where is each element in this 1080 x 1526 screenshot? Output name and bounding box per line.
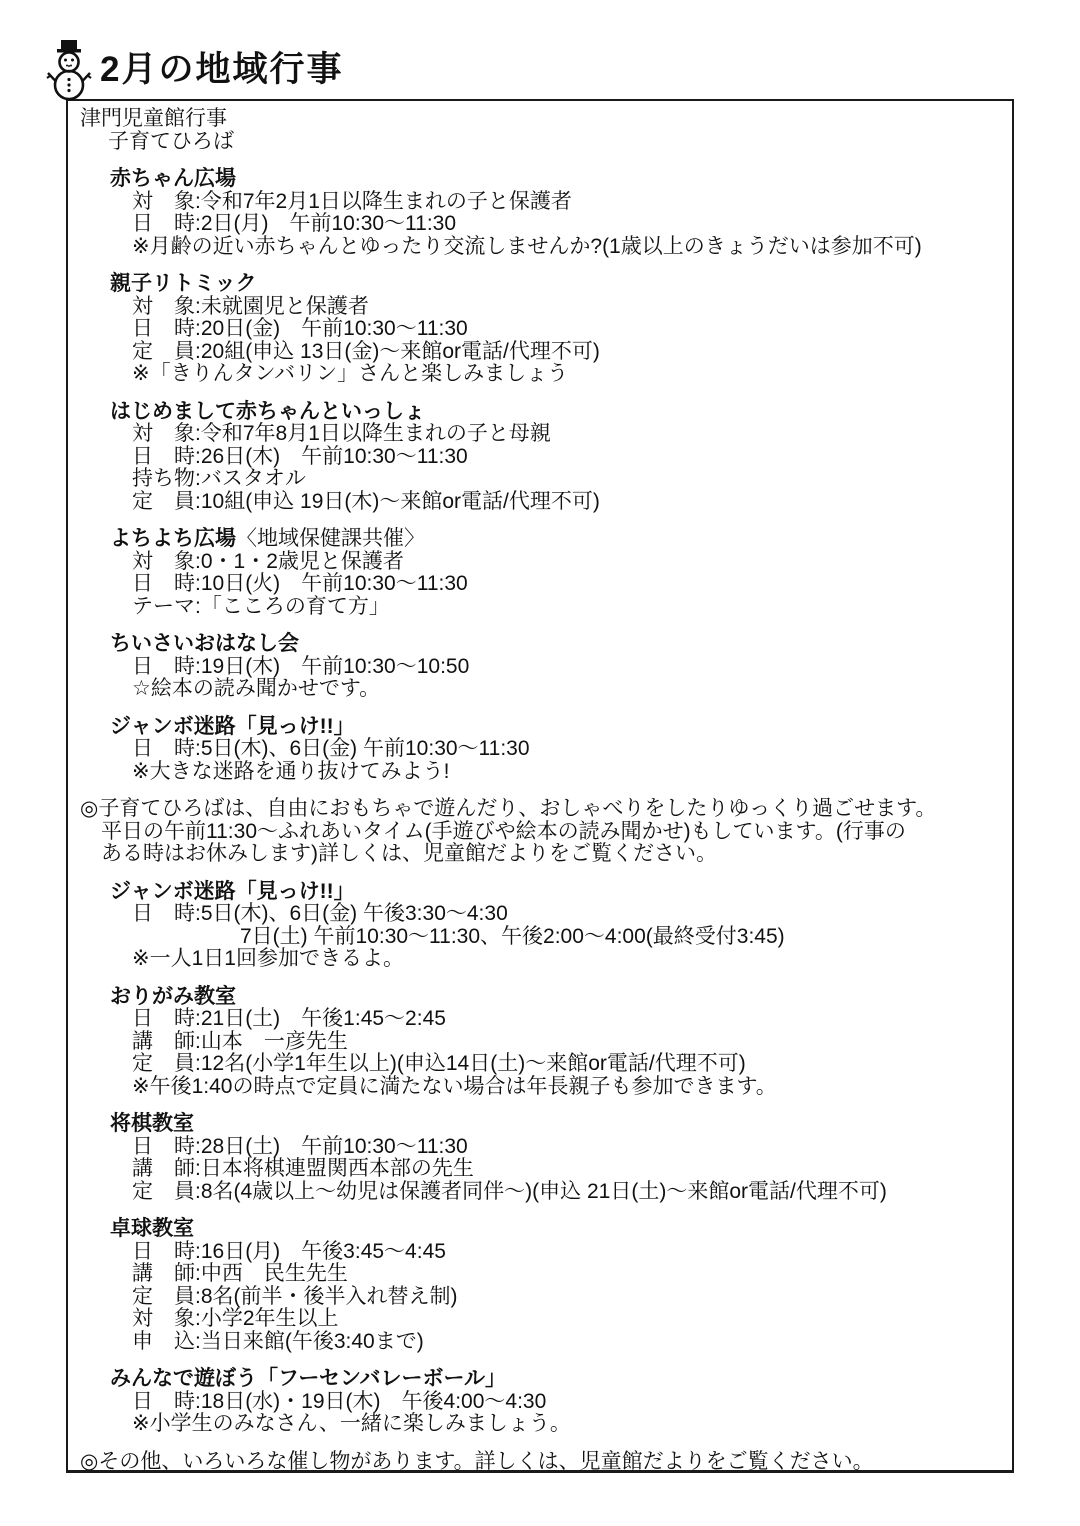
- event-detail-line: 持ち物:バスタオル: [110, 468, 1000, 491]
- event-detail-line: ※月齢の近い赤ちゃんとゆったり交流しませんか?(1歳以上のきょうだいは参加不可): [110, 236, 1000, 259]
- event-section: 卓球教室日 時:16日(月) 午後3:45〜4:45講 師:中西 民生先生定 員…: [80, 1218, 1000, 1353]
- event-detail-line: ※一人1日1回参加できるよ。: [110, 948, 1000, 971]
- event-detail-line: 定 員:12名(小学1年生以上)(申込14日(土)〜来館or電話/代理不可): [110, 1053, 1000, 1076]
- note-paragraph: ◎子育てひろばは、自由におもちゃで遊んだり、おしゃべりをしたりゆっくり過ごせます…: [80, 798, 1000, 866]
- event-section: ジャンボ迷路「見っけ!!」日 時:5日(木)、6日(金) 午前10:30〜11:…: [80, 716, 1000, 784]
- event-detail-line: 対 象:令和7年2月1日以降生まれの子と保護者: [110, 191, 1000, 214]
- event-title: おりがみ教室: [110, 986, 1000, 1009]
- event-detail-line: 対 象:0・1・2歳児と保護者: [110, 551, 1000, 574]
- event-detail-line: 日 時:26日(木) 午前10:30〜11:30: [110, 446, 1000, 469]
- event-section: おりがみ教室日 時:21日(土) 午後1:45〜2:45講 師:山本 一彦先生定…: [80, 986, 1000, 1099]
- event-section: 親子リトミック対 象:未就園児と保護者日 時:20日(金) 午前10:30〜11…: [80, 273, 1000, 386]
- events-board: 津門児童館行事 子育てひろば 赤ちゃん広場対 象:令和7年2月1日以降生まれの子…: [66, 99, 1014, 1473]
- event-section: 赤ちゃん広場対 象:令和7年2月1日以降生まれの子と保護者日 時:2日(月) 午…: [80, 168, 1000, 258]
- event-title-note: 〈地域保健課共催〉: [236, 527, 425, 550]
- event-detail-line: 講 師:中西 民生先生: [110, 1263, 1000, 1286]
- event-section: よちよち広場〈地域保健課共催〉対 象:0・1・2歳児と保護者日 時:10日(火)…: [80, 528, 1000, 618]
- snowman-icon: [46, 38, 92, 102]
- event-detail-line: 日 時:21日(土) 午後1:45〜2:45: [110, 1008, 1000, 1031]
- event-detail-line: 定 員:20組(申込 13日(金)〜来館or電話/代理不可): [110, 341, 1000, 364]
- event-title: 卓球教室: [110, 1218, 1000, 1241]
- event-title: 赤ちゃん広場: [110, 168, 1000, 191]
- event-title: はじめまして赤ちゃんといっしょ: [110, 401, 1000, 424]
- note-paragraph: ◎その他、いろいろな催し物があります。詳しくは、児童館だよりをご覧ください。: [80, 1451, 1000, 1474]
- event-detail-line: 日 時:5日(木)、6日(金) 午前10:30〜11:30: [110, 738, 1000, 761]
- event-detail-line: 日 時:28日(土) 午前10:30〜11:30: [110, 1136, 1000, 1159]
- event-detail-line: 日 時:2日(月) 午前10:30〜11:30: [110, 213, 1000, 236]
- event-section: ジャンボ迷路「見っけ!!」日 時:5日(木)、6日(金) 午後3:30〜4:30…: [80, 881, 1000, 971]
- facility-name: 津門児童館行事: [80, 108, 1000, 131]
- flyer-page: 2月の地域行事 津門児童館行事 子育てひろば 赤ちゃん広場対 象:令和7年2月1…: [0, 0, 1080, 1526]
- event-list: 赤ちゃん広場対 象:令和7年2月1日以降生まれの子と保護者日 時:2日(月) 午…: [80, 168, 1000, 1473]
- event-detail-line: 7日(土) 午前10:30〜11:30、午後2:00〜4:00(最終受付3:45…: [110, 926, 1000, 949]
- event-detail-line: ※大きな迷路を通り抜けてみよう!: [110, 761, 1000, 784]
- event-detail-line: 対 象:未就園児と保護者: [110, 296, 1000, 319]
- event-detail-line: 講 師:山本 一彦先生: [110, 1031, 1000, 1054]
- event-section: はじめまして赤ちゃんといっしょ対 象:令和7年8月1日以降生まれの子と母親日 時…: [80, 401, 1000, 514]
- page-title: 2月の地域行事: [100, 51, 343, 90]
- event-detail-line: 日 時:16日(月) 午後3:45〜4:45: [110, 1241, 1000, 1264]
- event-detail-line: ※「きりんタンバリン」さんと楽しみましょう: [110, 363, 1000, 386]
- event-detail-line: 定 員:8名(4歳以上〜幼児は保護者同伴〜)(申込 21日(土)〜来館or電話/…: [110, 1181, 1000, 1204]
- event-detail-line: 日 時:19日(木) 午前10:30〜10:50: [110, 656, 1000, 679]
- event-detail-line: 対 象:小学2年生以上: [110, 1308, 1000, 1331]
- event-detail-line: 対 象:令和7年8月1日以降生まれの子と母親: [110, 423, 1000, 446]
- event-title: ジャンボ迷路「見っけ!!」: [110, 881, 1000, 904]
- event-detail-line: 日 時:20日(金) 午前10:30〜11:30: [110, 318, 1000, 341]
- page-header: 2月の地域行事: [46, 38, 343, 102]
- event-detail-line: テーマ:「こころの育て方」: [110, 596, 1000, 619]
- event-detail-line: ☆絵本の読み聞かせです。: [110, 678, 1000, 701]
- event-detail-line: 日 時:5日(木)、6日(金) 午後3:30〜4:30: [110, 903, 1000, 926]
- event-detail-line: ※午後1:40の時点で定員に満たない場合は年長親子も参加できます。: [110, 1076, 1000, 1099]
- event-detail-line: 申 込:当日来館(午後3:40まで): [110, 1331, 1000, 1354]
- event-title: ジャンボ迷路「見っけ!!」: [110, 716, 1000, 739]
- event-title: よちよち広場〈地域保健課共催〉: [110, 528, 1000, 551]
- event-detail-line: 定 員:10組(申込 19日(木)〜来館or電話/代理不可): [110, 491, 1000, 514]
- event-detail-line: 日 時:18日(水)・19日(木) 午後4:00〜4:30: [110, 1391, 1000, 1414]
- event-title: 親子リトミック: [110, 273, 1000, 296]
- event-section: 将棋教室日 時:28日(土) 午前10:30〜11:30講 師:日本将棋連盟関西…: [80, 1113, 1000, 1203]
- event-section: ちいさいおはなし会日 時:19日(木) 午前10:30〜10:50☆絵本の読み聞…: [80, 633, 1000, 701]
- event-title: ちいさいおはなし会: [110, 633, 1000, 656]
- event-title: 将棋教室: [110, 1113, 1000, 1136]
- event-detail-line: ※小学生のみなさん、一緒に楽しみましょう。: [110, 1413, 1000, 1436]
- event-title: みんなで遊ぼう「フーセンバレーボール」: [110, 1368, 1000, 1391]
- event-section: みんなで遊ぼう「フーセンバレーボール」日 時:18日(水)・19日(木) 午後4…: [80, 1368, 1000, 1436]
- event-detail-line: 日 時:10日(火) 午前10:30〜11:30: [110, 573, 1000, 596]
- event-detail-line: 講 師:日本将棋連盟関西本部の先生: [110, 1158, 1000, 1181]
- category-heading: 子育てひろば: [80, 131, 1000, 154]
- event-detail-line: 定 員:8名(前半・後半入れ替え制): [110, 1286, 1000, 1309]
